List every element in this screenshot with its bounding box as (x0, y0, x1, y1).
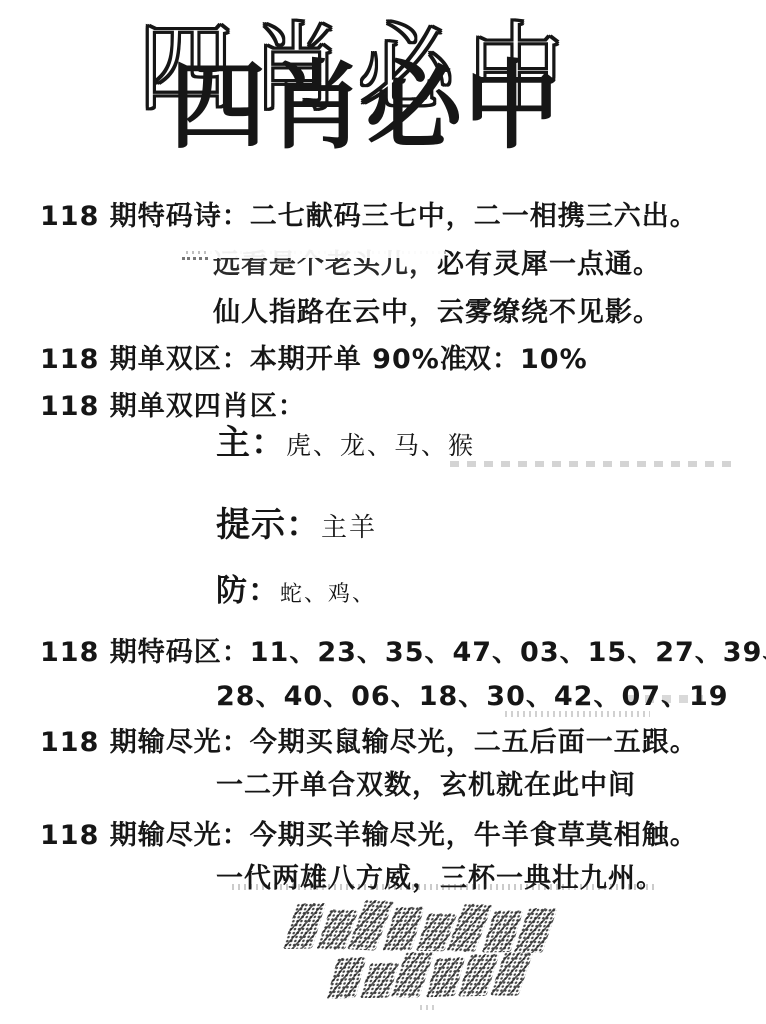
shujin1-line2: 一二开单合双数，玄机就在此中间 (216, 770, 636, 802)
poem-line-2: 远看是个老头儿，必有灵犀一点通。 (213, 249, 661, 281)
shujin2-row: 118 期输尽光：今期买羊输尽光，牛羊食草莫相触。 (40, 820, 698, 852)
obscured-row-2 (330, 950, 529, 998)
sixiao-label: 118 期单双四肖区： (40, 391, 306, 422)
poem2-rest: 必有灵犀一点通。 (437, 249, 661, 280)
tema-poem-text: 二七献码三七中，二一相携三六出。 (250, 201, 698, 232)
poem3-text: 仙人指路在云中，云雾缭绕不见影。 (213, 297, 661, 328)
tema-numbers-line2: 28、40、06、18、30、42、07、19 (216, 681, 729, 712)
shujin1-label: 118 期输尽光： (40, 727, 250, 758)
scan-noise-strip (450, 461, 738, 467)
poem-line-3: 仙人指路在云中，云雾缭绕不见影。 (213, 297, 661, 329)
fang-label: 防： (216, 573, 280, 609)
tishi-text: 主羊 (321, 513, 377, 543)
shujin1-line2-text: 一二开单合双数，玄机就在此中间 (216, 770, 636, 801)
poem2-clipped-fragment: 远看是个老头儿， (213, 249, 437, 280)
tema-numbers-row-2: 28、40、06、18、30、42、07、19 (216, 681, 729, 713)
tema-poem-label: 118 期特码诗： (40, 201, 250, 232)
shujin2-line2-text: 一代两雄八方威，三杯一典壮九州。 (216, 863, 664, 894)
tema-zone-row: 118 期特码区：11、23、35、47、03、15、27、39、04、16、 (40, 637, 766, 669)
shujin2-text: 今期买羊输尽光，牛羊食草莫相触。 (250, 820, 698, 851)
tishi-label: 提示： (216, 505, 321, 545)
shujin1-row: 118 期输尽光：今期买鼠输尽光，二五后面一五跟。 (40, 727, 698, 759)
dotted-artifact (182, 257, 208, 260)
danshuang-even-value: 双：10% (464, 344, 588, 375)
zhu-label: 主： (216, 423, 286, 463)
danshuang-text: 本期开单 90%准 (250, 344, 468, 375)
fang-animals: 蛇、鸡、 (280, 582, 376, 607)
shujin2-line2: 一代两雄八方威，三杯一典壮九州。 (216, 863, 664, 895)
danshuang-row: 118 期单双区：本期开单 90%准 (40, 344, 468, 376)
obscured-row-1 (288, 899, 553, 954)
fang-row: 防：蛇、鸡、 (216, 575, 376, 611)
tema-zone-label: 118 期特码区： (40, 637, 250, 668)
zhu-animals: 虎、龙、马、猴 (286, 431, 475, 460)
title-solid-text: 四肖必中 (170, 58, 562, 154)
shujin1-text: 今期买鼠输尽光，二五后面一五跟。 (250, 727, 698, 758)
scan-noise-speck (420, 1005, 438, 1010)
danshuang-right: 双：10% (464, 344, 588, 376)
danshuang-label: 118 期单双区： (40, 344, 250, 375)
tema-poem-row: 118 期特码诗：二七献码三七中，二一相携三六出。 (40, 201, 698, 233)
scanned-lottery-sheet: 四肖必中 四肖必中 118 期特码诗：二七献码三七中，二一相携三六出。 远看是个… (0, 0, 766, 1024)
shujin2-label: 118 期输尽光： (40, 820, 250, 851)
zhu-row: 主：虎、龙、马、猴 (216, 427, 475, 462)
sixiao-row: 118 期单双四肖区： (40, 391, 306, 423)
tishi-row: 提示：主羊 (216, 509, 377, 544)
tema-numbers-line1: 11、23、35、47、03、15、27、39、04、16、 (250, 637, 766, 668)
